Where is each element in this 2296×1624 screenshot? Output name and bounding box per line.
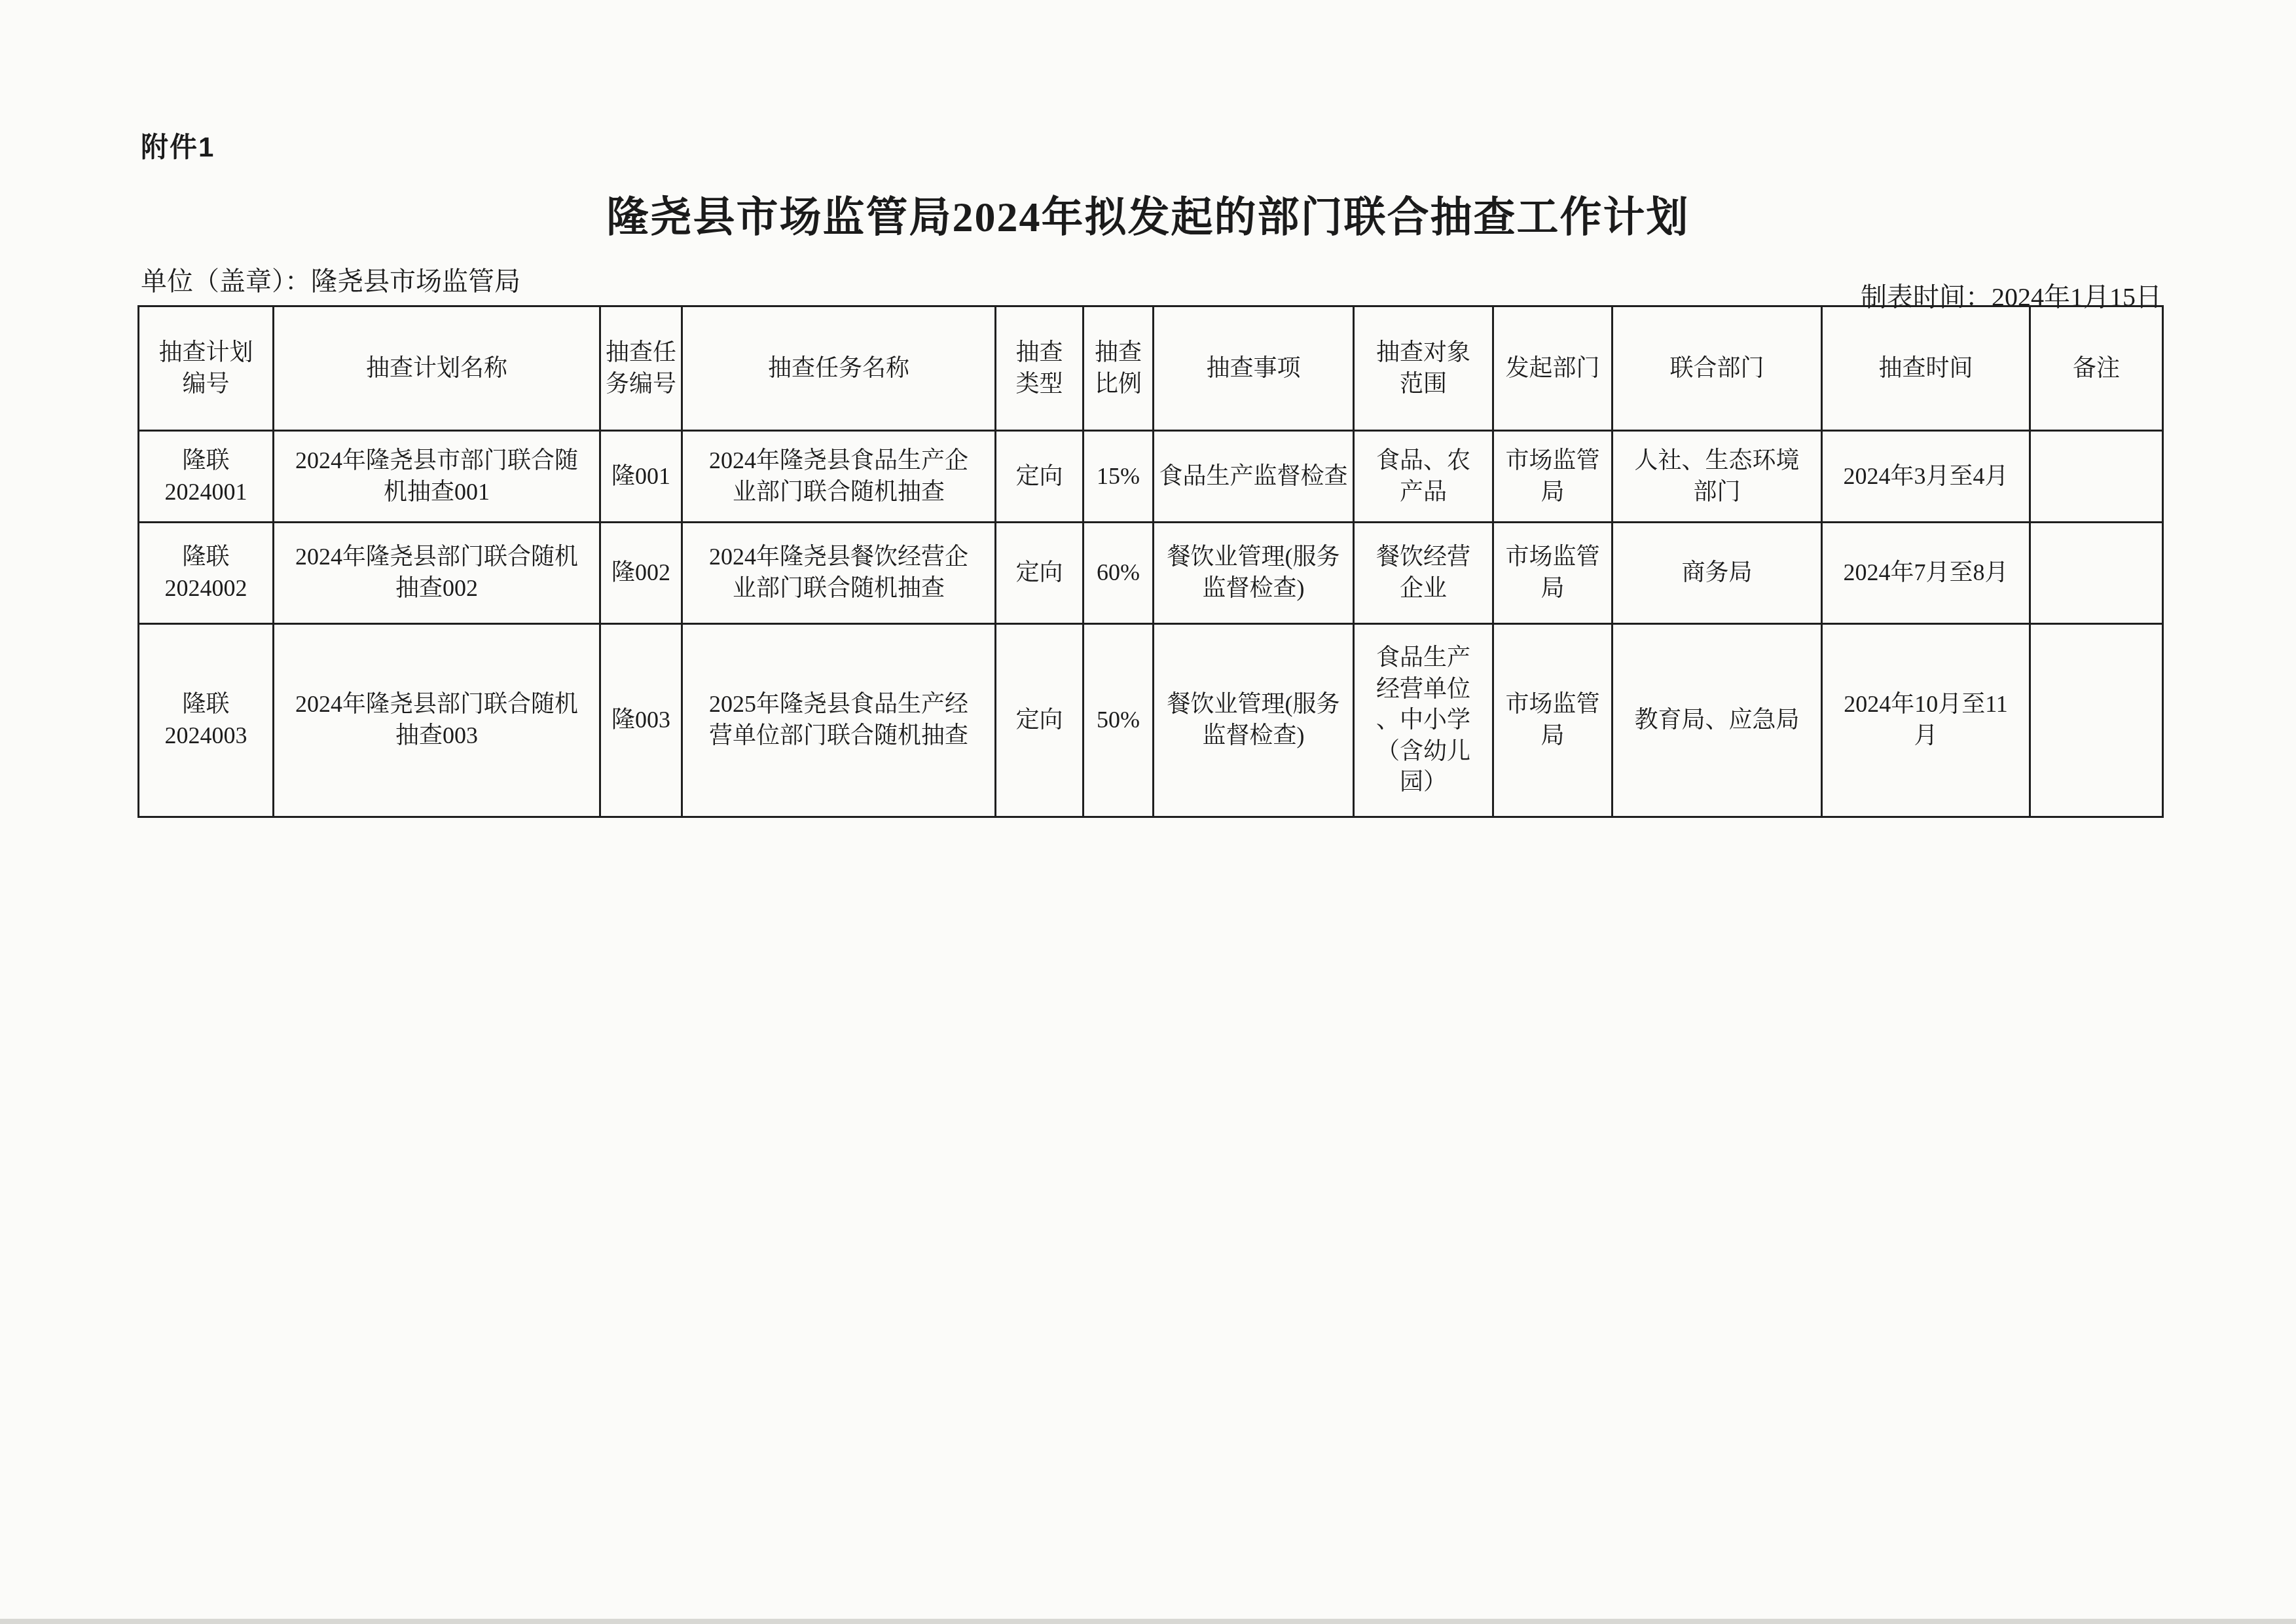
table-cell: 2024年隆尧县食品生产企 业部门联合随机抽查 [682,431,996,523]
table-cell: 2024年10月至11 月 [1822,624,2030,817]
table-row: 隆联 2024001 2024年隆尧县市部门联合随 机抽查001 隆001 20… [139,431,2163,523]
table-cell: 食品生产 经营单位 、中小学 （含幼儿 园） [1354,624,1493,817]
table-cell: 定向 [996,431,1084,523]
table-cell: 市场监管 局 [1493,624,1613,817]
column-header: 抽查 比例 [1084,306,1154,431]
column-header: 发起部门 [1493,306,1613,431]
table-cell: 隆002 [600,523,682,624]
table-cell: 人社、生态环境 部门 [1613,431,1822,523]
table-cell [2030,431,2163,523]
unit-seal-label: 单位（盖章）：隆尧县市场监管局 [141,261,520,298]
table-cell: 隆003 [600,624,682,817]
column-header: 抽查任务名称 [682,306,996,431]
table-cell: 餐饮业管理(服务 监督检查) [1154,523,1354,624]
column-header: 抽查计划名称 [274,306,600,431]
table-cell: 50% [1084,624,1154,817]
table-cell: 2024年隆尧县市部门联合随 机抽查001 [274,431,600,523]
table-cell: 教育局、应急局 [1613,624,1822,817]
table-cell: 15% [1084,431,1154,523]
table-cell: 2024年隆尧县部门联合随机 抽查003 [274,624,600,817]
table-row: 隆联 2024002 2024年隆尧县部门联合随机 抽查002 隆002 202… [139,523,2163,624]
header-row: 抽查计划 编号 抽查计划名称 抽查任 务编号 抽查任务名称 抽查 类型 抽查 比… [139,306,2163,431]
inspection-plan-table: 抽查计划 编号 抽查计划名称 抽查任 务编号 抽查任务名称 抽查 类型 抽查 比… [137,305,2164,818]
table-cell: 定向 [996,523,1084,624]
column-header: 联合部门 [1613,306,1822,431]
table-cell: 2025年隆尧县食品生产经 营单位部门联合随机抽查 [682,624,996,817]
table-cell: 60% [1084,523,1154,624]
scan-edge-artifact [0,1619,2296,1624]
table-cell: 餐饮经营 企业 [1354,523,1493,624]
table-cell: 隆联 2024002 [139,523,274,624]
document-title: 隆尧县市场监管局2024年拟发起的部门联合抽查工作计划 [0,183,2296,244]
table-row: 隆联 2024003 2024年隆尧县部门联合随机 抽查003 隆003 202… [139,624,2163,817]
column-header: 抽查对象 范围 [1354,306,1493,431]
table-cell: 2024年隆尧县餐饮经营企 业部门联合随机抽查 [682,523,996,624]
column-header: 备注 [2030,306,2163,431]
table-cell: 2024年7月至8月 [1822,523,2030,624]
column-header: 抽查任 务编号 [600,306,682,431]
table-cell: 2024年3月至4月 [1822,431,2030,523]
column-header: 抽查计划 编号 [139,306,274,431]
table-cell: 商务局 [1613,523,1822,624]
table-cell: 隆联 2024003 [139,624,274,817]
table-cell: 食品生产监督检查 [1154,431,1354,523]
table-cell: 市场监管 局 [1493,431,1613,523]
scanned-document-page: 附件1 隆尧县市场监管局2024年拟发起的部门联合抽查工作计划 单位（盖章）：隆… [0,0,2296,1624]
table-cell: 食品、农 产品 [1354,431,1493,523]
table-cell: 隆001 [600,431,682,523]
table-cell: 餐饮业管理(服务 监督检查) [1154,624,1354,817]
column-header: 抽查 类型 [996,306,1084,431]
table-cell: 定向 [996,624,1084,817]
column-header: 抽查时间 [1822,306,2030,431]
table-cell: 市场监管 局 [1493,523,1613,624]
table-cell: 2024年隆尧县部门联合随机 抽查002 [274,523,600,624]
column-header: 抽查事项 [1154,306,1354,431]
table-cell: 隆联 2024001 [139,431,274,523]
attachment-label: 附件1 [141,126,215,165]
table-cell [2030,624,2163,817]
table-cell [2030,523,2163,624]
